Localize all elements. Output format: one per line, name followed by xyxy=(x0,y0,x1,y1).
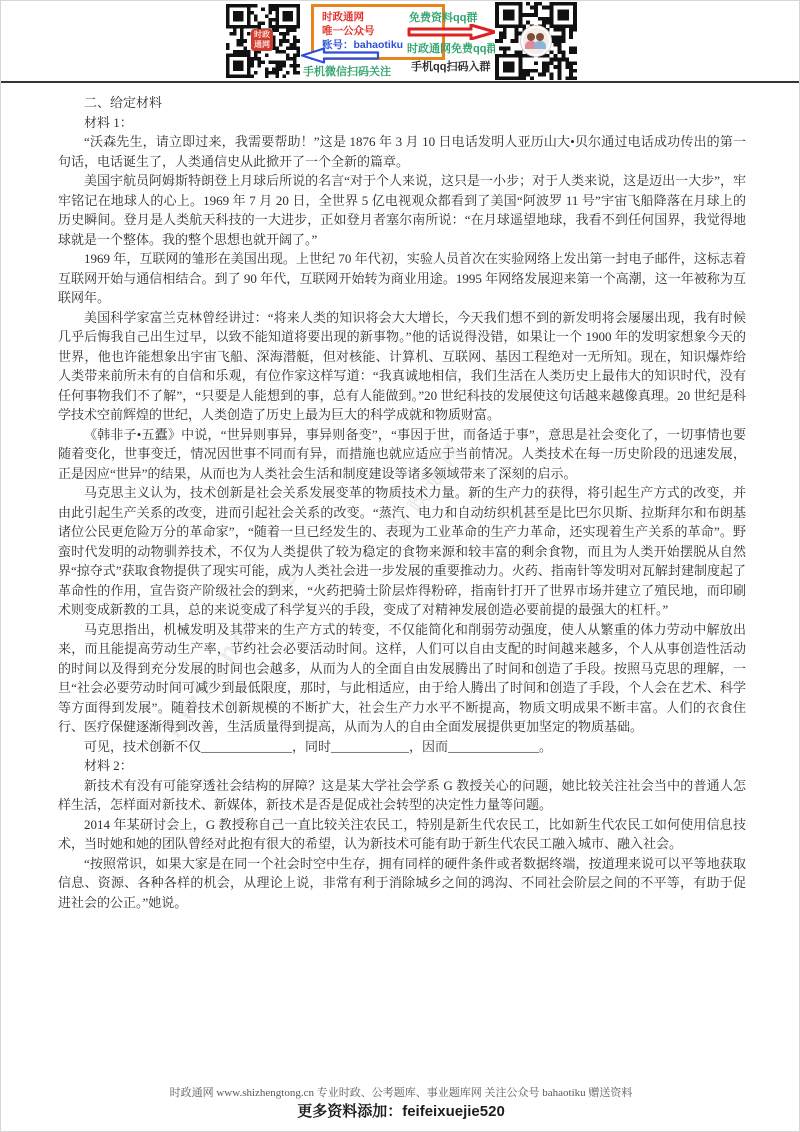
paragraph: 马克思指出，机械发明及其带来的生产方式的转变，不仅能简化和削弱劳动强度，使人从繁… xyxy=(58,620,746,737)
document-body: 二、给定材料 材料 1： “沃森先生，请立即过来，我需要帮助！”这是 1876 … xyxy=(58,93,746,912)
qq-scan-label: 手机qq扫码入群 xyxy=(411,58,490,74)
paragraph: “按照常识，如果大家是在同一个社会时空中生存，拥有同样的硬件条件或者数据终端，按… xyxy=(58,854,746,913)
person-icon xyxy=(527,33,535,41)
wechat-follow-label: 手机微信扫码关注 xyxy=(303,63,391,79)
right-arrow-icon xyxy=(407,24,497,40)
paragraph: “沃森先生，请立即过来，我需要帮助！”这是 1876 年 3 月 10 日电话发… xyxy=(58,132,746,171)
avatar xyxy=(521,26,551,56)
fill-blank-line: 可见，技术创新不仅______________，同时____________，因… xyxy=(58,737,746,757)
footer-promo: 更多资料添加：feifeixuejie520 xyxy=(1,1100,800,1121)
qq-group-name: 时政通网免费qq群 xyxy=(407,40,497,56)
section-title: 二、给定材料 xyxy=(58,93,746,113)
left-arrow-icon xyxy=(300,47,380,64)
material2-label: 材料 2： xyxy=(58,756,746,776)
paragraph: 美国宇航员阿姆斯特朗登上月球后所说的名言“对于个人来说，这只是一小步；对于人类来… xyxy=(58,171,746,249)
seal-stamp-icon: 时政通网 xyxy=(251,29,273,51)
header-divider xyxy=(1,81,800,83)
material1-label: 材料 1： xyxy=(58,113,746,133)
paragraph: 2014 年某研讨会上，G 教授称自己一直比较关注农民工，特别是新生代农民工，比… xyxy=(58,815,746,854)
paragraph: 美国科学家富兰克林曾经讲过：“将来人类的知识将会大大增长，今天我们想不到的新发明… xyxy=(58,308,746,425)
qq-qr-code xyxy=(495,2,577,80)
qq-free-label: 免费资料qq群 xyxy=(409,9,477,25)
paragraph: 1969 年，互联网的雏形在美国出现。上世纪 70 年代初，实验人员首次在实验网… xyxy=(58,249,746,308)
paragraph: 新技术有没有可能穿透社会结构的屏障？这是某大学社会学系 G 教授关心的问题，她比… xyxy=(58,776,746,815)
footer-info: 时政通网 www.shizhengtong.cn 专业时政、公考题库、事业题库网… xyxy=(1,1084,800,1100)
promo-header: 时政通网 时政通网 唯一公众号 账号：bahaotiku 手机微信扫码关注 免费… xyxy=(1,1,800,81)
paragraph: 马克思主义认为，技术创新是社会关系发展变革的物质技术力量。新的生产力的获得，将引… xyxy=(58,483,746,620)
person-icon xyxy=(536,33,544,41)
document-page: 时政通网 时政通网 唯一公众号 账号：bahaotiku 手机微信扫码关注 免费… xyxy=(0,0,800,1132)
paragraph: 《韩非子•五蠹》中说，“世异则事异，事异则备变”，“事因于世，而备适于事”，意思… xyxy=(58,425,746,484)
wechat-qr-code: 时政通网 xyxy=(226,4,300,78)
